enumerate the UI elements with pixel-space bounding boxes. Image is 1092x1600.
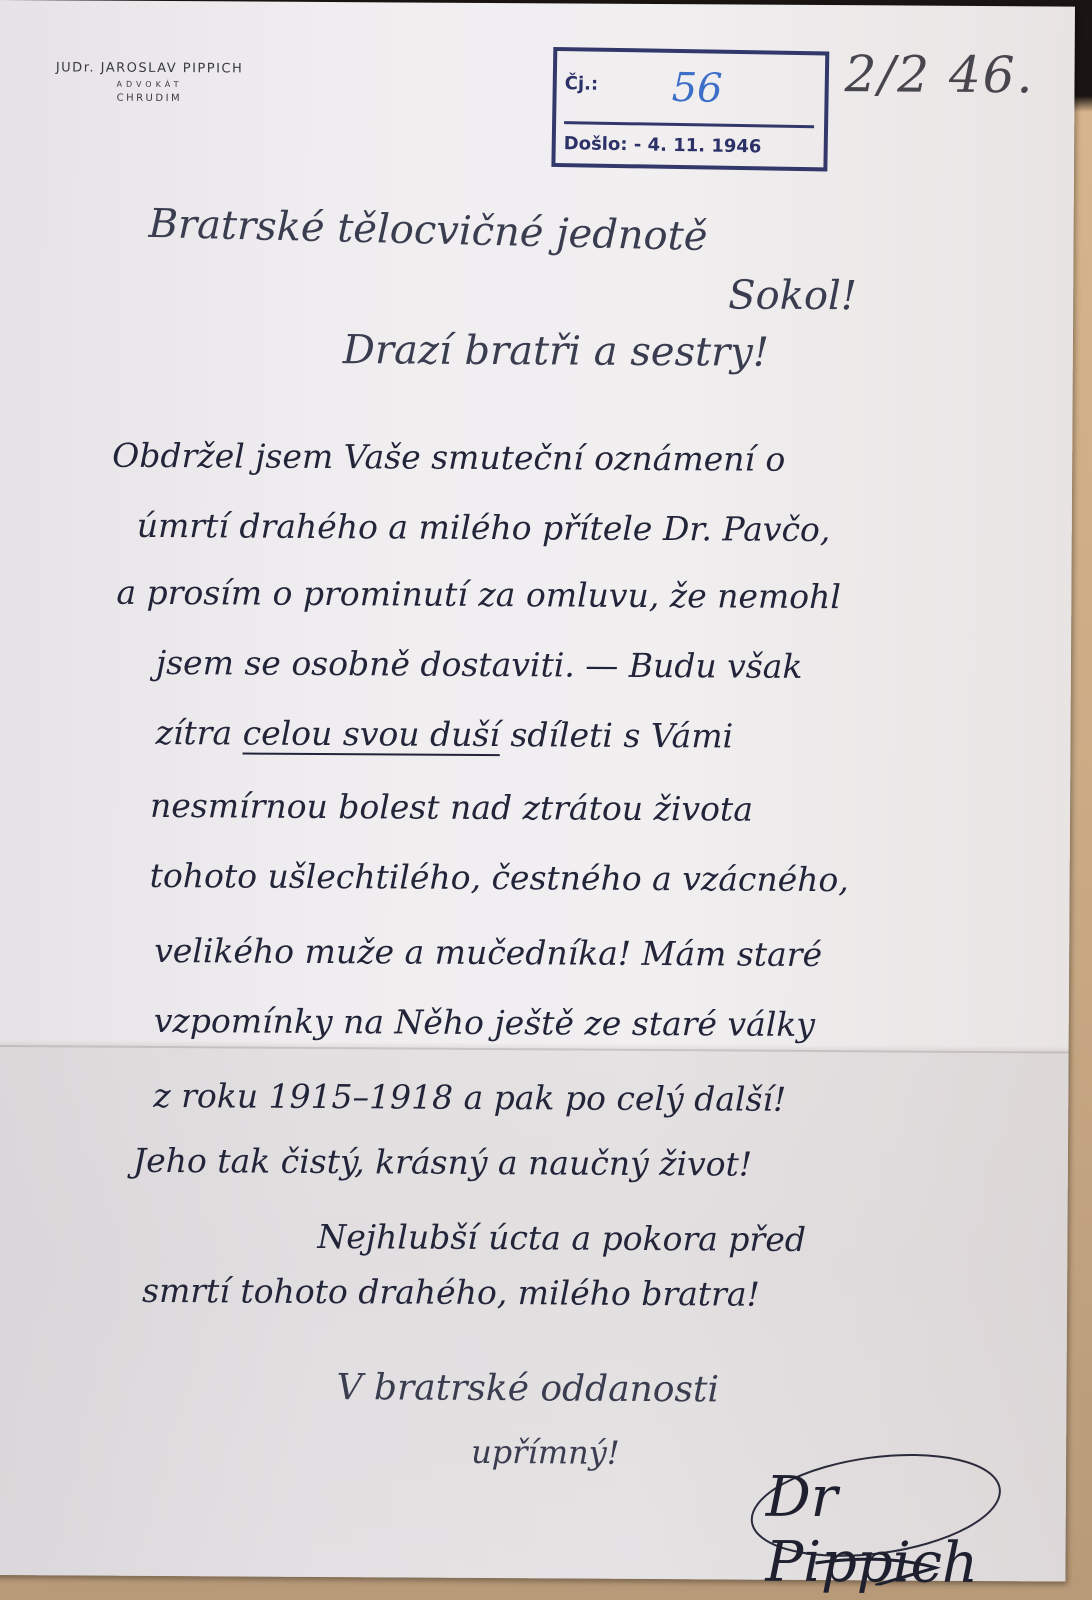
body-line: a prosím o prominutí za omluvu, že nemoh… bbox=[116, 573, 841, 616]
signature-text: Dr Pippich bbox=[765, 1465, 1026, 1597]
salutation-line-2: Sokol! bbox=[728, 272, 857, 319]
corner-annotation: 2/2 46. bbox=[844, 45, 1034, 104]
body-line: vzpomínky na Něho ještě ze staré války bbox=[154, 1001, 815, 1044]
stamp-received: Došlo: - 4. 11. 1946 bbox=[564, 133, 762, 157]
letterhead: JUDr. JAROSLAV PIPPICH ADVOKÁT CHRUDIM bbox=[9, 60, 289, 105]
closing-line-2: upřímný! bbox=[471, 1433, 620, 1472]
letterhead-title: ADVOKÁT bbox=[9, 79, 289, 90]
letterhead-name: JUDr. JAROSLAV PIPPICH bbox=[10, 60, 290, 77]
body-line: jsem se osobně dostaviti. — Budu však bbox=[156, 643, 803, 686]
closing-line-1: V bratrské oddanosti bbox=[336, 1367, 719, 1410]
stamp-divider bbox=[564, 121, 814, 128]
stamp-received-date: - 4. 11. 1946 bbox=[634, 134, 762, 157]
body-line: velikého muže a mučedníka! Mám staré bbox=[154, 931, 822, 974]
body-line: úmrtí drahého a milého přítele Dr. Pavčo… bbox=[137, 506, 831, 549]
stamp-ref-number: 56 bbox=[671, 65, 723, 112]
received-stamp: Čj.: 56 Došlo: - 4. 11. 1946 bbox=[551, 47, 829, 172]
stamp-received-label: Došlo: bbox=[564, 133, 628, 155]
salutation-line-1: Bratrské tělocvičné jednotě bbox=[148, 201, 708, 260]
underlined-phrase: celou svou duší bbox=[243, 713, 500, 754]
body-line: z roku 1915–1918 a pak po celý další! bbox=[153, 1076, 786, 1119]
body-line: zítra celou svou duší sdíleti s Vámi bbox=[155, 713, 733, 756]
salutation-line-3: Drazí bratři a sestry! bbox=[343, 327, 769, 376]
body-line: nesmírnou bolest nad ztrátou života bbox=[150, 786, 753, 829]
body-line: Jeho tak čistý, krásný a naučný život! bbox=[133, 1141, 752, 1184]
paper-fold bbox=[0, 1045, 1069, 1054]
letterhead-city: CHRUDIM bbox=[9, 92, 289, 105]
signature: Dr Pippich bbox=[725, 1444, 1026, 1586]
stamp-ref-label: Čj.: bbox=[565, 73, 599, 95]
body-line: Obdržel jsem Vaše smuteční oznámení o bbox=[112, 436, 785, 479]
body-line: smrtí tohoto drahého, milého bratra! bbox=[142, 1271, 760, 1314]
body-line: Nejhlubší úcta a pokora před bbox=[317, 1217, 806, 1259]
letter-paper: JUDr. JAROSLAV PIPPICH ADVOKÁT CHRUDIM Č… bbox=[0, 0, 1075, 1582]
body-line: tohoto ušlechtilého, čestného a vzácného… bbox=[150, 856, 849, 899]
